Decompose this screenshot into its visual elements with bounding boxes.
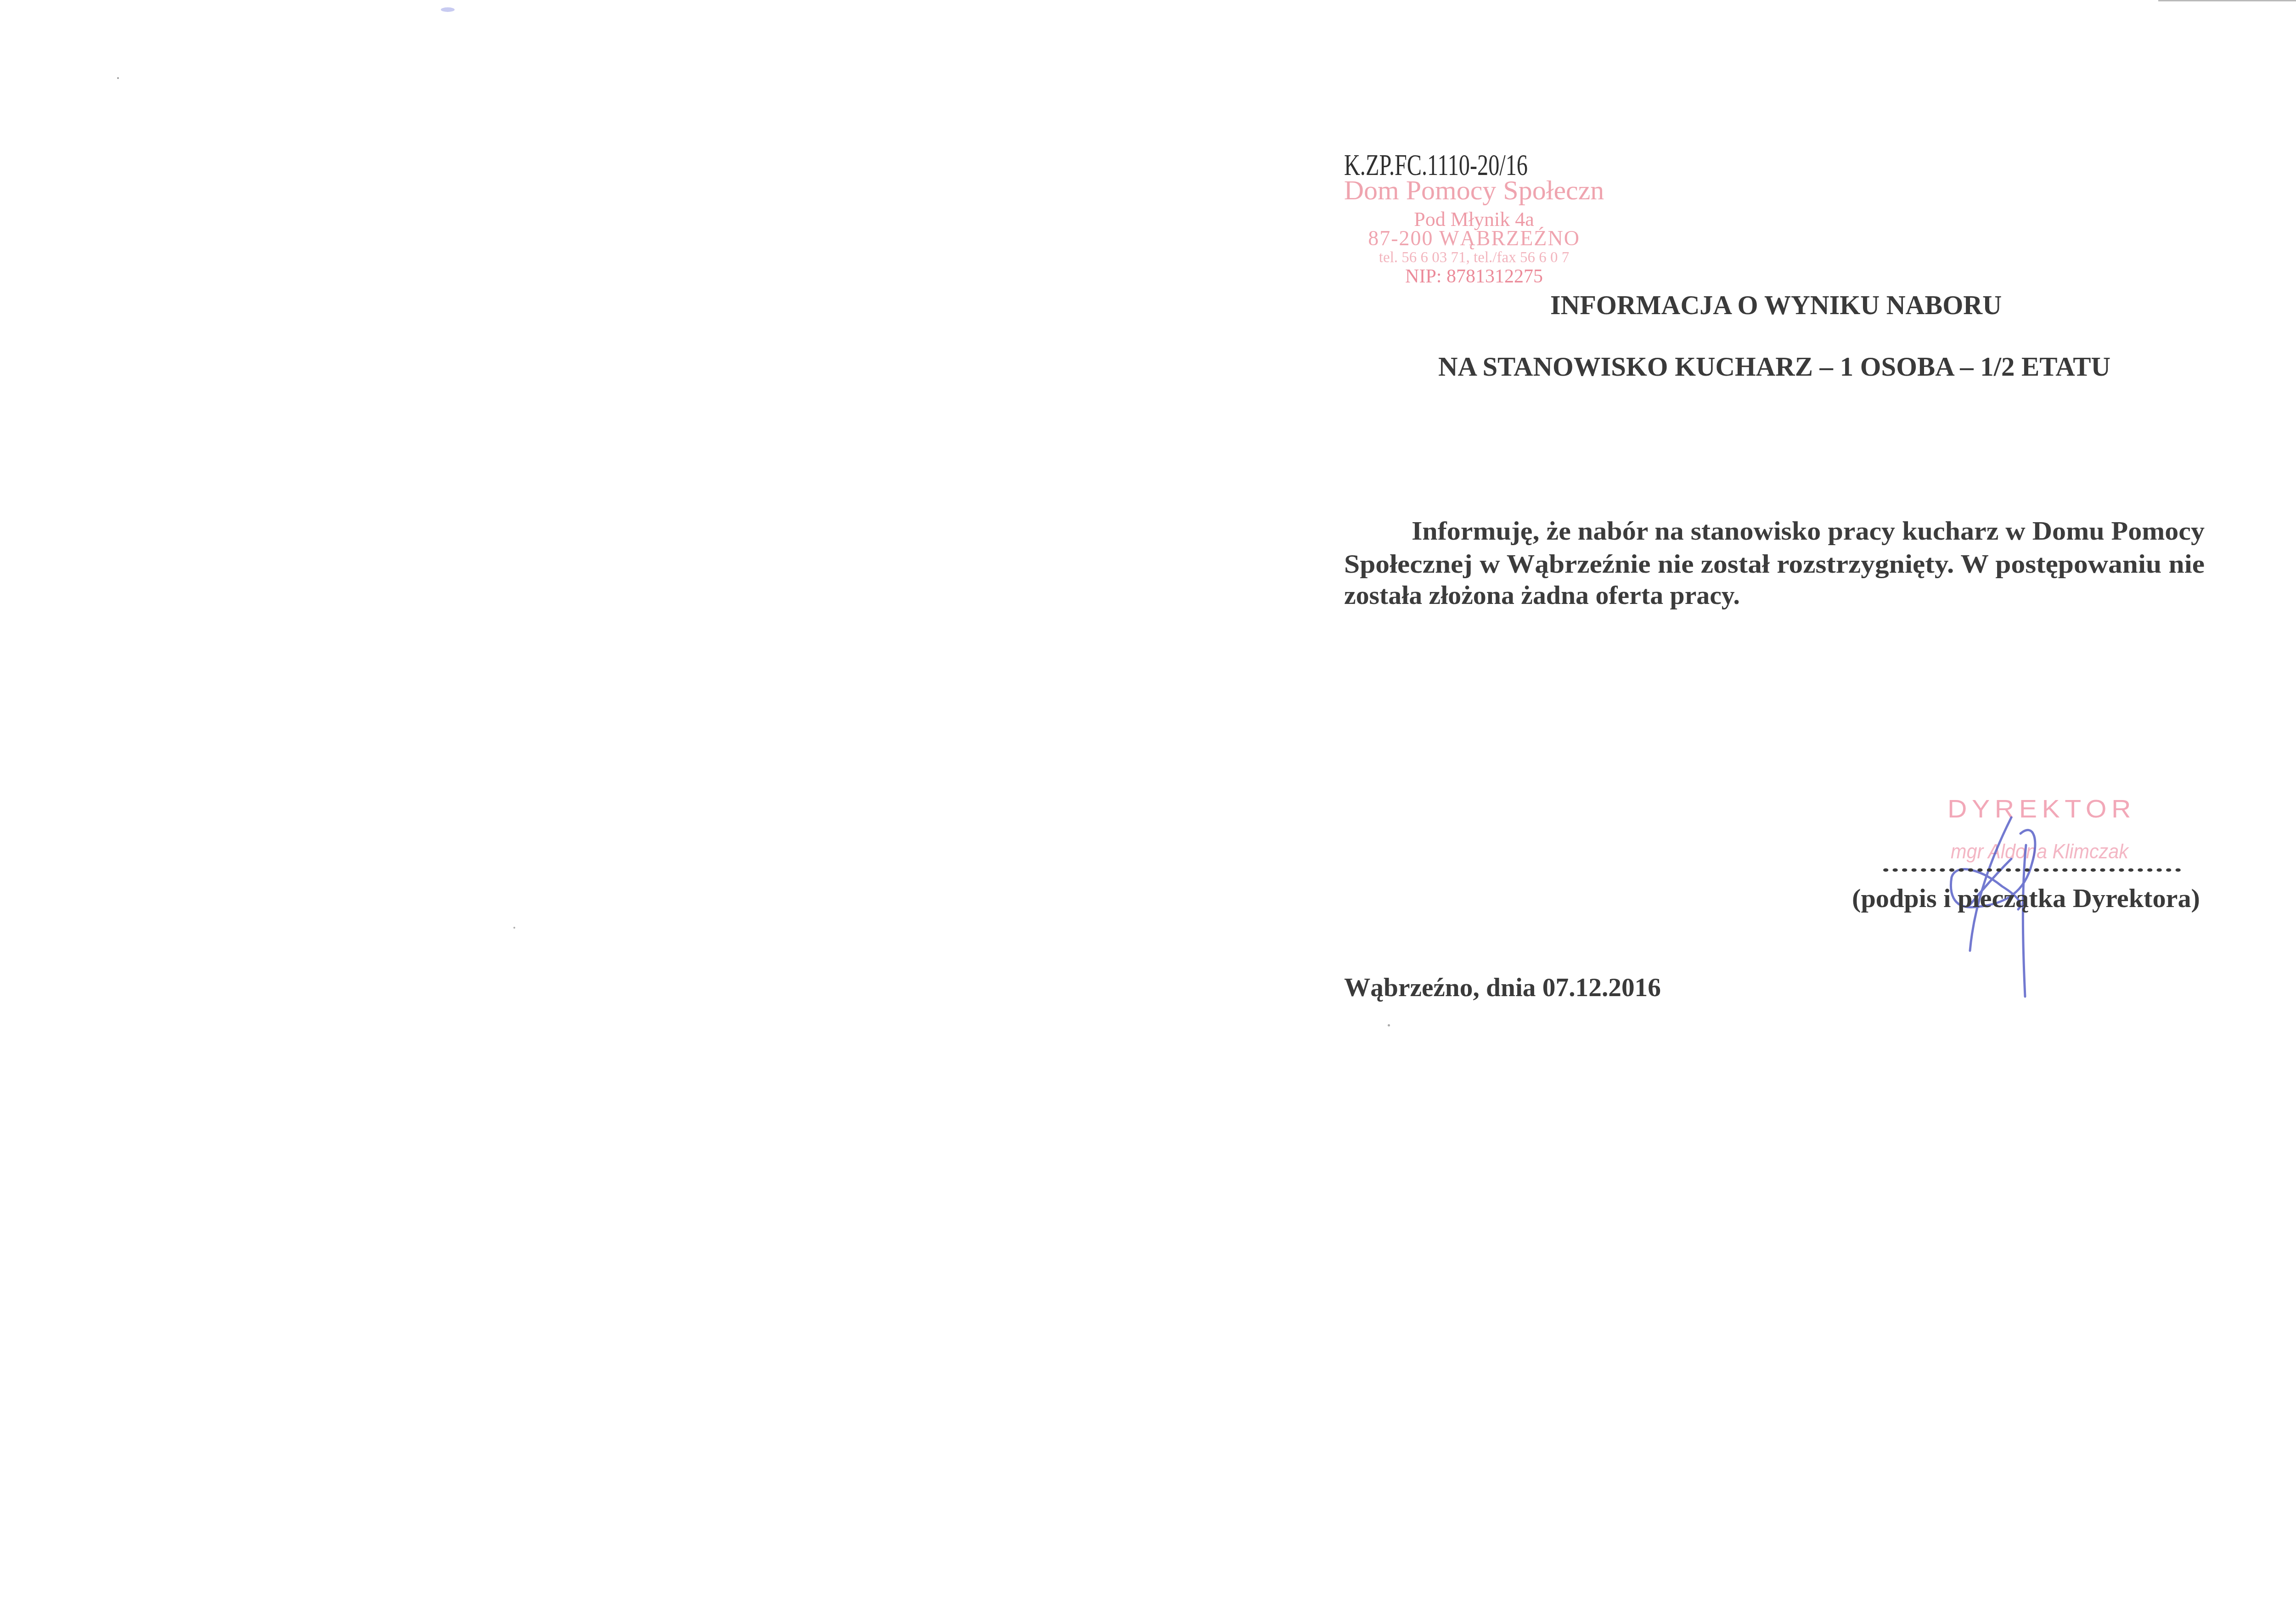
institution-stamp-name: Dom Pomocy Społeczn: [1332, 175, 1616, 206]
scanned-document-page: { "document": { "reference_number": "K.Z…: [0, 0, 2296, 1612]
scan-speck: [441, 7, 455, 12]
scan-edge-shadow: [2158, 0, 2296, 1]
body-paragraph-line: została złożona żadna oferta pracy.: [1344, 580, 1741, 610]
institution-stamp-phone: tel. 56 6 03 71, tel./fax 56 6 0 7: [1332, 249, 1616, 266]
institution-stamp-nip: NIP: 8781312275: [1332, 265, 1616, 287]
body-line-1: Informuję, że nabór na stanowisko pracy …: [1412, 515, 2205, 546]
document-subtitle-text: NA STANOWISKO KUCHARZ – 1 OSOBA – 1/2 ET…: [1438, 351, 2110, 383]
body-line-2: Społecznej w Wąbrzeźnie nie został rozst…: [1344, 548, 2205, 579]
place-and-date: Wąbrzeźno, dnia 07.12.2016: [1344, 972, 1665, 1003]
scan-speck: [117, 77, 119, 79]
document-subtitle: NA STANOWISKO KUCHARZ – 1 OSOBA – 1/2 ET…: [1438, 351, 2124, 383]
document-title: INFORMACJA O WYNIKU NABORU: [1550, 289, 2017, 321]
signature-dotted-line-text: ................................: [1882, 853, 2183, 877]
place-and-date-text: Wąbrzeźno, dnia 07.12.2016: [1344, 972, 1661, 1003]
signature-caption: (podpis i pieczątka Dyrektora): [1852, 883, 2199, 913]
scan-speck: [1388, 1024, 1390, 1026]
institution-stamp-city: 87-200 WĄBRZEŹNO: [1332, 226, 1616, 250]
signature-dotted-line: ................................: [1882, 853, 2073, 877]
document-title-text: INFORMACJA O WYNIKU NABORU: [1550, 289, 2002, 321]
signature-caption-text: (podpis i pieczątka Dyrektora): [1852, 883, 2200, 913]
body-paragraph-line: Społecznej w Wąbrzeźnie nie został rozst…: [1344, 548, 2156, 579]
scan-speck: [513, 927, 515, 929]
body-line-3: została złożona żadna oferta pracy.: [1344, 580, 1740, 610]
body-paragraph-line: Informuję, że nabór na stanowisko pracy …: [1412, 515, 2178, 546]
